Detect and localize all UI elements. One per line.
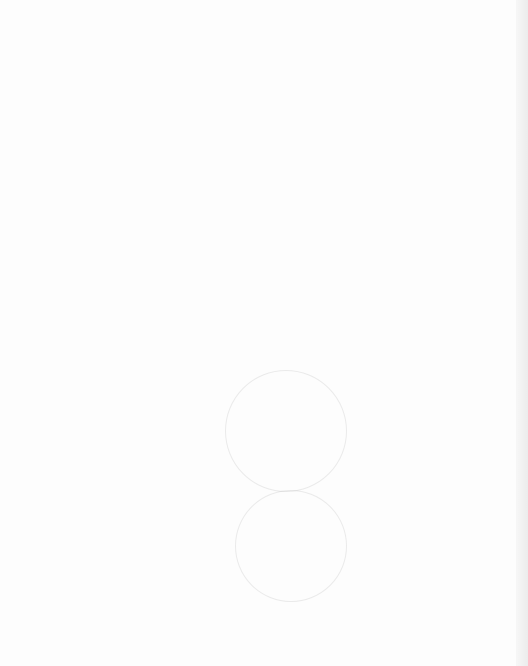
faint-seal-2 [235, 490, 347, 602]
page-right-edge [516, 0, 528, 666]
faint-seal-1 [225, 370, 347, 492]
